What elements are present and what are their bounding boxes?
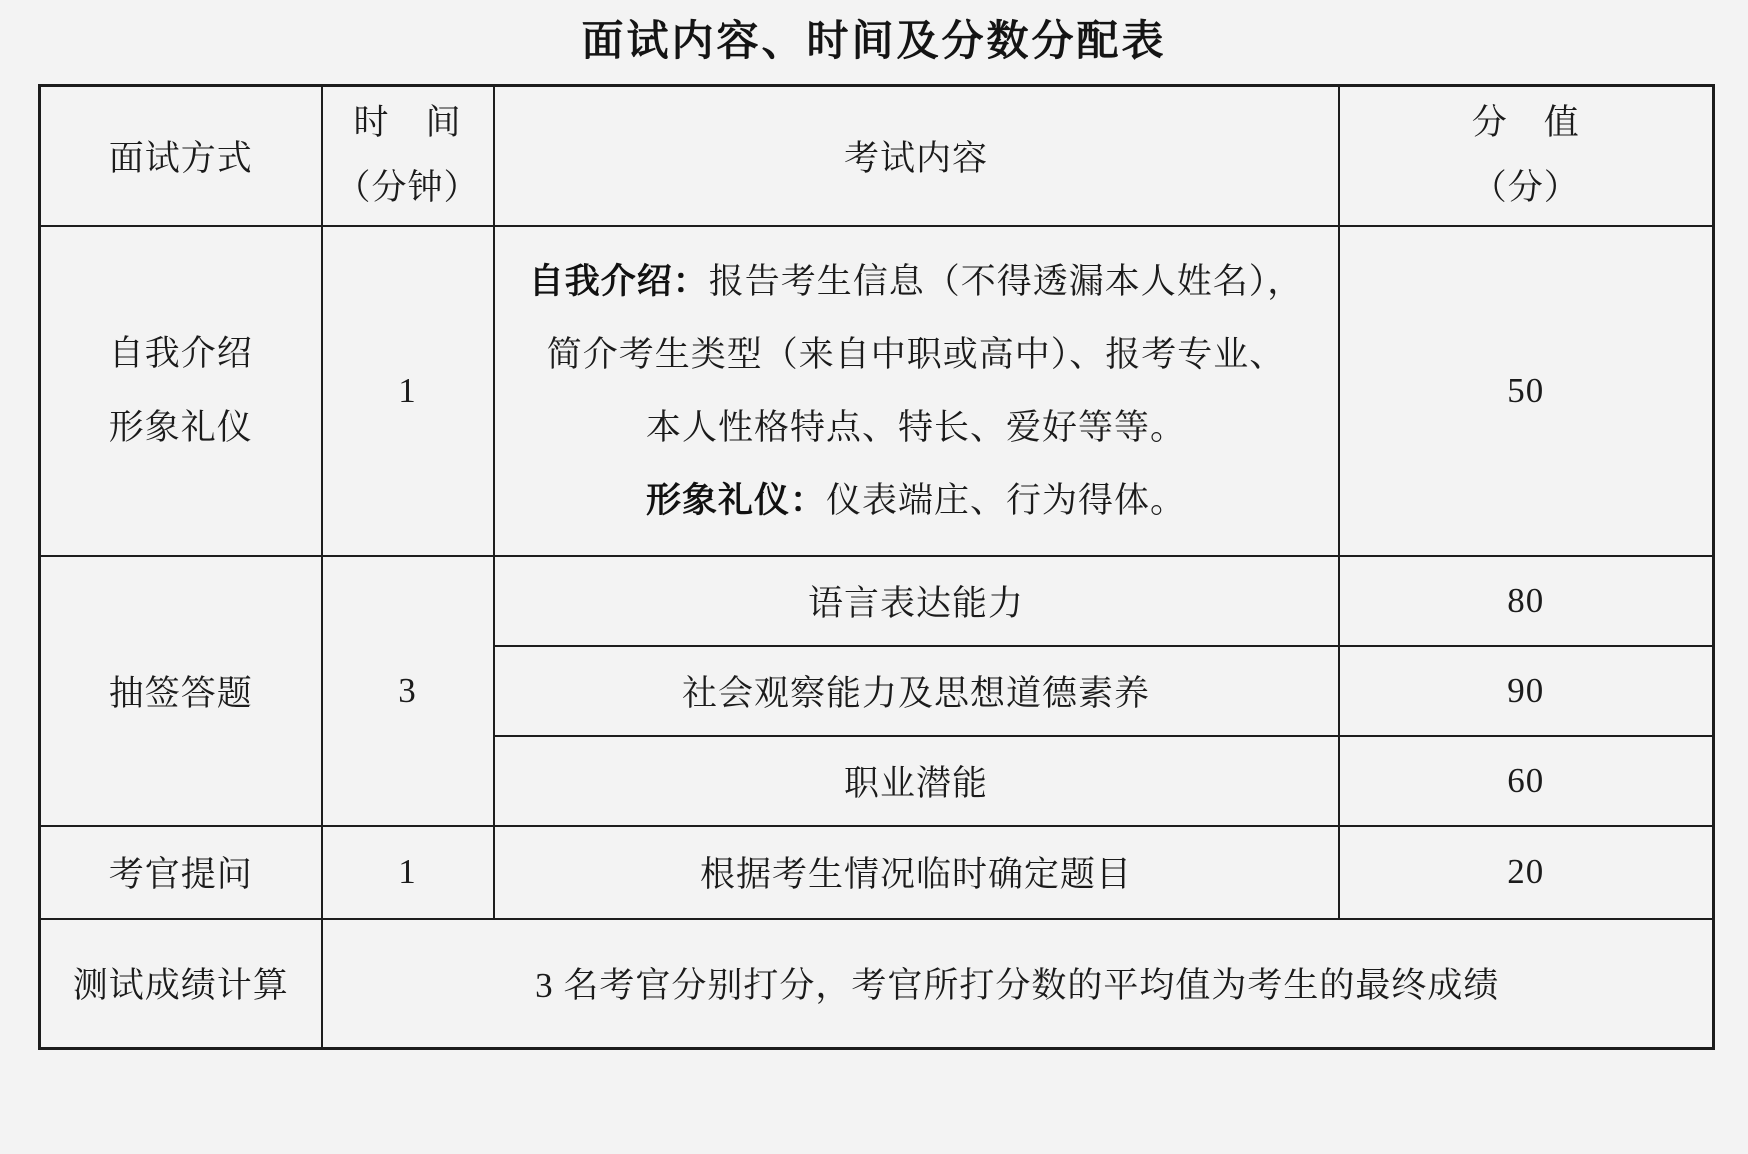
cell-lottery-content-potential: 职业潜能 [494,736,1339,826]
allocation-table: 面试方式 时 间 （分钟） 考试内容 分 值 （分） 自我介绍 形象礼仪 1 自… [38,84,1715,1050]
cell-lottery-score-potential: 60 [1339,736,1714,826]
cell-examiner-time: 1 [322,826,494,919]
intro-content-line2: 简介考生类型（来自中职或高中）、报考专业、 [495,318,1338,391]
cell-lottery-content-social: 社会观察能力及思想道德素养 [494,646,1339,736]
cell-calc-content: 3 名考官分别打分，考官所打分数的平均值为考生的最终成绩 [322,919,1714,1049]
cell-intro-time: 1 [322,226,494,556]
cell-intro-method: 自我介绍 形象礼仪 [40,226,322,556]
table-row-intro: 自我介绍 形象礼仪 1 自我介绍：报告考生信息（不得透漏本人姓名）， 简介考生类… [40,226,1714,556]
table-row-examiner: 考官提问 1 根据考生情况临时确定题目 20 [40,826,1714,919]
document-page: 面试内容、时间及分数分配表 面试方式 时 间 （分钟） 考试内容 分 值 （分）… [0,0,1748,1154]
intro-content-line1: 自我介绍：报告考生信息（不得透漏本人姓名）， [495,245,1338,318]
intro-content-line3: 本人性格特点、特长、爱好等等。 [495,391,1338,464]
table-row-lottery-1: 抽签答题 3 语言表达能力 80 [40,556,1714,646]
col-header-content: 考试内容 [494,86,1339,226]
col-header-score: 分 值 （分） [1339,86,1714,226]
cell-intro-score: 50 [1339,226,1714,556]
cell-examiner-content: 根据考生情况临时确定题目 [494,826,1339,919]
cell-examiner-score: 20 [1339,826,1714,919]
intro-text-line1: 报告考生信息（不得透漏本人姓名）， [709,262,1304,301]
intro-text-line4: 仪表端庄、行为得体。 [826,481,1186,520]
cell-lottery-method: 抽签答题 [40,556,322,826]
col-header-method: 面试方式 [40,86,322,226]
table-row-calculation: 测试成绩计算 3 名考官分别打分，考官所打分数的平均值为考生的最终成绩 [40,919,1714,1049]
page-title: 面试内容、时间及分数分配表 [0,0,1748,68]
intro-bold-image-etiquette: 形象礼仪： [646,481,826,520]
cell-examiner-method: 考官提问 [40,826,322,919]
cell-intro-content: 自我介绍：报告考生信息（不得透漏本人姓名）， 简介考生类型（来自中职或高中）、报… [494,226,1339,556]
cell-lottery-score-social: 90 [1339,646,1714,736]
cell-calc-method: 测试成绩计算 [40,919,322,1049]
cell-lottery-content-language: 语言表达能力 [494,556,1339,646]
intro-bold-self-introduction: 自我介绍： [529,262,709,301]
col-header-time: 时 间 （分钟） [322,86,494,226]
table-header-row: 面试方式 时 间 （分钟） 考试内容 分 值 （分） [40,86,1714,226]
intro-content-line4: 形象礼仪：仪表端庄、行为得体。 [495,464,1338,537]
cell-lottery-time: 3 [322,556,494,826]
cell-lottery-score-language: 80 [1339,556,1714,646]
